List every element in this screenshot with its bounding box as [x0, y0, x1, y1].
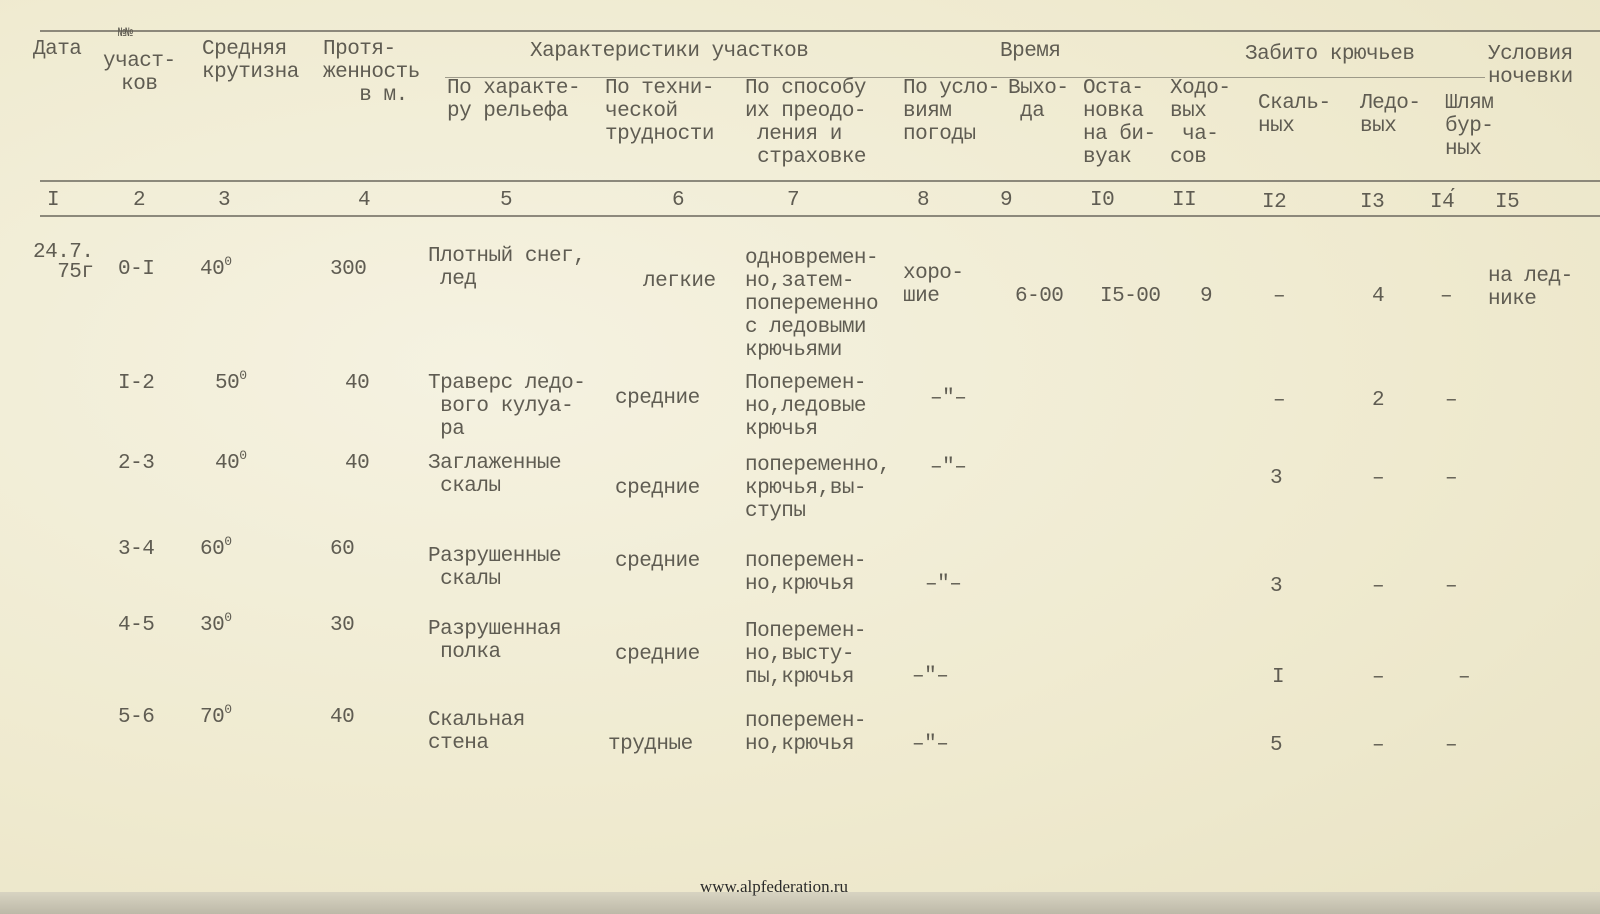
cell-section: 3-4: [118, 538, 154, 561]
cell-rock-pitons: I: [1272, 666, 1284, 689]
cell-method: поперемен- но,крючья: [745, 550, 866, 596]
col-num-13: I3: [1360, 191, 1384, 214]
cell-difficulty: средние: [615, 387, 700, 410]
col-num-11: II: [1172, 189, 1196, 212]
col-num-7: 7: [787, 189, 799, 212]
cell-rock-pitons: –: [1273, 389, 1285, 412]
col-header-relief: По характе- ру рельефа: [447, 77, 580, 123]
cell-weather: –"–: [930, 387, 966, 410]
cell-difficulty: легкие: [643, 270, 716, 293]
cell-length: 40: [345, 452, 369, 475]
cell-rock-pitons: 3: [1270, 467, 1282, 490]
cell-steepness: 500: [215, 372, 247, 396]
cell-steepness: 400: [215, 452, 247, 476]
col-header-difficulty: По техни- ческой трудности: [605, 77, 714, 146]
cell-ice-pitons: –: [1372, 575, 1384, 598]
watermark-link[interactable]: www.alpfederation.ru: [700, 877, 848, 897]
cell-section: 2-3: [118, 452, 154, 475]
col-num-10: I0: [1090, 189, 1114, 212]
col-header-section: участ- ков: [103, 50, 176, 96]
column-numbers-top-rule: [40, 180, 1600, 182]
col-header-rock-pitons: Скаль- ных: [1258, 92, 1331, 138]
column-numbers-bottom-rule: [40, 215, 1600, 217]
group-header-characteristics: Характеристики участков: [530, 40, 808, 63]
cell-bivouac-stop: I5-00: [1100, 285, 1161, 308]
cell-length: 40: [330, 706, 354, 729]
group-header-pitons: Забито крючьев: [1245, 43, 1414, 66]
col-num-2: 2: [133, 189, 145, 212]
cell-steepness: 600: [200, 538, 232, 562]
cell-relief: Заглаженные скалы: [428, 452, 561, 498]
col-num-9: 9: [1000, 189, 1012, 212]
col-header-section-number-sign: №№: [118, 26, 133, 40]
cell-bolts: –: [1458, 666, 1470, 689]
table-top-rule: [40, 30, 1600, 32]
cell-section: 5-6: [118, 706, 154, 729]
cell-bolts: –: [1445, 575, 1457, 598]
cell-date: 24.7. 75г: [33, 243, 94, 283]
col-header-bolts: Шлям бур- ных: [1445, 92, 1493, 161]
cell-relief: Скальная стена: [428, 709, 525, 755]
cell-steepness: 400: [200, 258, 232, 282]
cell-steepness: 300: [200, 614, 232, 638]
col-header-overnight: Условия ночевки: [1488, 43, 1573, 89]
col-header-bivouac-stop: Оста- новка на би- вуак: [1083, 77, 1156, 169]
cell-ice-pitons: 2: [1372, 389, 1384, 412]
cell-weather: –"–: [930, 456, 966, 479]
col-num-8: 8: [917, 189, 929, 212]
cell-method: поперемен- но,крючья: [745, 710, 866, 756]
col-num-6: 6: [672, 189, 684, 212]
col-header-steepness: Средняя крутизна: [202, 38, 299, 84]
col-num-3: 3: [218, 189, 230, 212]
col-header-date: Дата: [33, 38, 81, 61]
cell-section: 4-5: [118, 614, 154, 637]
col-num-12: I2: [1262, 191, 1286, 214]
cell-section: I-2: [118, 372, 154, 395]
cell-steepness: 700: [200, 706, 232, 730]
cell-difficulty: средние: [615, 477, 700, 500]
col-num-1: I: [47, 189, 59, 212]
col-header-length: Протя- женность в м.: [323, 38, 420, 107]
cell-bolts: –: [1445, 467, 1457, 490]
cell-ice-pitons: –: [1372, 467, 1384, 490]
col-header-walking-hours: Ходо- вых ча- сов: [1170, 77, 1231, 169]
cell-rock-pitons: 3: [1270, 575, 1282, 598]
cell-length: 30: [330, 614, 354, 637]
cell-ice-pitons: 4: [1372, 285, 1384, 308]
cell-length: 40: [345, 372, 369, 395]
col-header-departure: Выхо- да: [1008, 77, 1069, 123]
cell-method: одновремен- но,затем- попеременно с ледо…: [745, 247, 878, 362]
cell-bolts: –: [1445, 389, 1457, 412]
cell-relief: Траверс ледо- вого кулуа- ра: [428, 372, 585, 441]
cell-weather: –"–: [912, 665, 948, 688]
cell-bolts: –: [1445, 734, 1457, 757]
cell-relief: Плотный снег, лед: [428, 245, 585, 291]
cell-walking-hours: 9: [1200, 285, 1212, 308]
group-header-time: Время: [1000, 40, 1061, 63]
cell-rock-pitons: 5: [1270, 734, 1282, 757]
cell-difficulty: трудные: [608, 733, 693, 756]
cell-bolts: –: [1440, 285, 1452, 308]
cell-method: Поперемен- но,ледовые крючья: [745, 372, 866, 441]
cell-weather: –"–: [912, 733, 948, 756]
cell-method: Поперемен- но,высту- пы,крючья: [745, 620, 866, 689]
cell-departure: 6-00: [1015, 285, 1063, 308]
cell-overnight: на лед- нике: [1488, 265, 1573, 311]
cell-ice-pitons: –: [1372, 666, 1384, 689]
cell-difficulty: средние: [615, 550, 700, 573]
document-page: Характеристики участков Время Забито крю…: [0, 0, 1600, 914]
col-num-14: I4́: [1430, 191, 1454, 214]
cell-method: попеременно, крючья,вы- ступы: [745, 454, 890, 523]
cell-relief: Разрушенная полка: [428, 618, 561, 664]
col-header-weather: По усло- виям погоды: [903, 77, 1000, 146]
cell-length: 300: [330, 258, 366, 281]
cell-rock-pitons: –: [1273, 285, 1285, 308]
cell-difficulty: средние: [615, 643, 700, 666]
cell-relief: Разрушенные скалы: [428, 545, 561, 591]
col-header-ice-pitons: Ледо- вых: [1360, 92, 1421, 138]
col-num-15: I5: [1495, 191, 1519, 214]
col-num-4: 4: [358, 189, 370, 212]
cell-weather: хоро- шие: [903, 262, 964, 308]
cell-section: 0-I: [118, 258, 154, 281]
col-num-5: 5: [500, 189, 512, 212]
col-header-method: По способу их преодо- ления и страховке: [745, 77, 866, 169]
cell-weather: –"–: [925, 573, 961, 596]
cell-length: 60: [330, 538, 354, 561]
cell-ice-pitons: –: [1372, 734, 1384, 757]
